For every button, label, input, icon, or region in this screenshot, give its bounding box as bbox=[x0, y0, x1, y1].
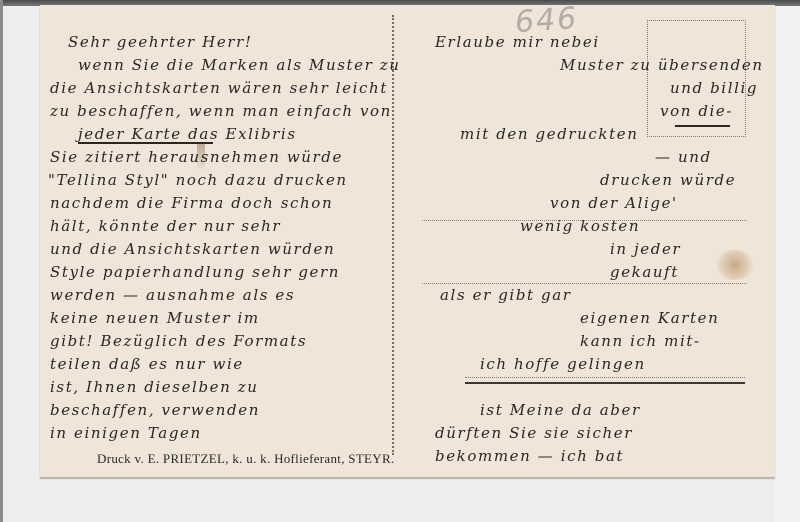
handwriting-line: die Ansichtskarten wären sehr leicht bbox=[50, 79, 388, 97]
handwriting-line: gibt! Bezüglich des Formats bbox=[50, 332, 307, 350]
handwriting-line: ist, Ihnen dieselben zu bbox=[50, 378, 259, 396]
scan-background bbox=[775, 6, 800, 522]
handwriting-line: Erlaube mir nebei bbox=[435, 33, 600, 51]
handwriting-line: Sehr geehrter Herr! bbox=[68, 33, 253, 51]
handwriting-line: Muster zu übersenden bbox=[560, 56, 764, 74]
handwriting-line: wenig kosten bbox=[520, 217, 640, 235]
handwriting-line: zu beschaffen, wenn man einfach von bbox=[50, 102, 392, 120]
handwriting-line: hält, könnte der nur sehr bbox=[50, 217, 281, 235]
handwriting-line: von die- bbox=[660, 102, 733, 120]
handwriting-line: ist Meine da aber bbox=[480, 401, 641, 419]
handwriting-line: Sie zitiert herausnehmen würde bbox=[50, 148, 343, 166]
address-line-final bbox=[465, 382, 745, 384]
handwriting-line: bekommen — ich bat bbox=[435, 447, 624, 465]
handwriting-line: keine neuen Muster im bbox=[50, 309, 260, 327]
handwriting-line: beschaffen, verwenden bbox=[50, 401, 260, 419]
handwriting-line: nachdem die Firma doch schon bbox=[50, 194, 333, 212]
column-divider bbox=[392, 15, 394, 455]
printer-imprint: Druck v. E. PRIETZEL, k. u. k. Hofliefer… bbox=[97, 451, 395, 467]
address-line bbox=[422, 283, 747, 284]
handwriting-line: wenn Sie die Marken als Muster zu bbox=[78, 56, 401, 74]
handwriting-line: von der Alige' bbox=[550, 194, 678, 212]
handwriting-line: teilen daß es nur wie bbox=[50, 355, 244, 373]
handwriting-line: jeder Karte das Exlibris bbox=[78, 125, 297, 143]
handwriting-line: ich hoffe gelingen bbox=[480, 355, 646, 373]
handwriting-line: in jeder bbox=[610, 240, 681, 258]
handwriting-line: Style papierhandlung sehr gern bbox=[50, 263, 340, 281]
handwriting-line: gekauft bbox=[610, 263, 679, 281]
handwriting-line: "Tellina Styl" noch dazu drucken bbox=[48, 171, 348, 189]
handwriting-line: kann ich mit- bbox=[580, 332, 701, 350]
handwriting-line: eigenen Karten bbox=[580, 309, 719, 327]
scan-left-edge bbox=[0, 0, 3, 522]
handwriting-line: dürften Sie sie sicher bbox=[435, 424, 633, 442]
handwriting-line: mit den gedruckten bbox=[460, 125, 639, 143]
handwriting-line: als er gibt gar bbox=[440, 286, 572, 304]
handwriting-line: werden — ausnahme als es bbox=[50, 286, 295, 304]
handwriting-line: — und bbox=[655, 148, 712, 166]
handwriting-line: und billig bbox=[670, 79, 758, 97]
ink-underline bbox=[675, 125, 730, 127]
handwriting-line: drucken würde bbox=[600, 171, 736, 189]
handwriting-line: und die Ansichtskarten würden bbox=[50, 240, 335, 258]
stain bbox=[715, 250, 755, 280]
postcard: 646 Sehr geehrter Herr! wenn Sie die Mar… bbox=[40, 5, 775, 478]
handwriting-line: in einigen Tagen bbox=[50, 424, 202, 442]
address-line bbox=[465, 377, 745, 378]
